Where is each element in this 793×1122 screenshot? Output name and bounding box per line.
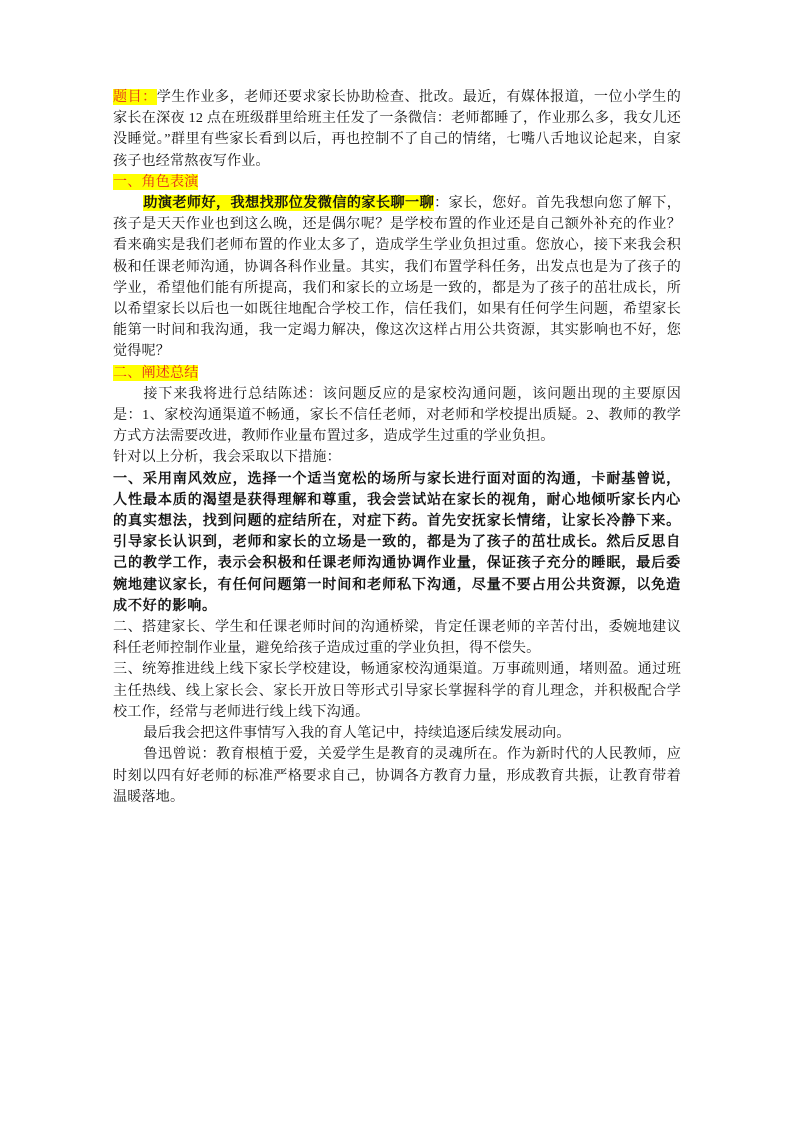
measure-3-text: 三、统筹推进线上线下家长学校建设，畅通家校沟通渠道。万事疏则通，堵则盈。通过班主… [113, 661, 681, 719]
section-2-heading-text: 二、阐述总结 [113, 365, 198, 381]
section-1-heading-text: 一、角色表演 [113, 174, 198, 190]
title-label: 题目： [113, 89, 157, 105]
measure-3-paragraph: 三、统筹推进线上线下家长学校建设，畅通家校沟通渠道。万事疏则通，堵则盈。通过班主… [113, 659, 681, 723]
measures-intro-text: 针对以上分析，我会采取以下措施： [113, 449, 341, 465]
measure-2-text: 二、搭建家长、学生和任课老师时间的沟通桥梁，肯定任课老师的辛苦付出，委婉地建议科… [113, 619, 681, 656]
closing-text: 鲁迅曾说：教育根植于爱，关爱学生是教育的灵魂所在。作为新时代的人民教师，应时刻以… [113, 746, 681, 804]
question-text: 学生作业多，老师还要求家长协助检查、批改。最近，有媒体报道，一位小学生的家长在深… [113, 89, 681, 169]
measure-2-paragraph: 二、搭建家长、学生和任课老师时间的沟通桥梁，肯定任课老师的辛苦付出，委婉地建议科… [113, 617, 681, 659]
measures-intro-paragraph: 针对以上分析，我会采取以下措施： [113, 447, 681, 468]
question-paragraph: 题目：学生作业多，老师还要求家长协助检查、批改。最近，有媒体报道，一位小学生的家… [113, 87, 681, 172]
role-play-paragraph: 助演老师好，我想找那位发微信的家长聊一聊：家长，您好。首先我想向您了解下，孩子是… [113, 193, 681, 363]
follow-up-text: 最后我会把这件事情写入我的育人笔记中，持续追逐后续发展动向。 [143, 725, 570, 741]
section-2-heading: 二、阐述总结 [113, 363, 681, 384]
follow-up-paragraph: 最后我会把这件事情写入我的育人笔记中，持续追逐后续发展动向。 [113, 723, 681, 744]
role-play-text: ：家长，您好。首先我想向您了解下，孩子是天天作业也到这么晚，还是偶尔呢？是学校布… [113, 195, 681, 359]
measure-1-text: 一、采用南风效应，选择一个适当宽松的场所与家长进行面对面的沟通，卡耐基曾说，人性… [113, 471, 681, 614]
closing-paragraph: 鲁迅曾说：教育根植于爱，关爱学生是教育的灵魂所在。作为新时代的人民教师，应时刻以… [113, 744, 681, 808]
section-1-heading: 一、角色表演 [113, 172, 681, 193]
summary-paragraph: 接下来我将进行总结陈述：该问题反应的是家校沟通问题，该问题出现的主要原因是：1、… [113, 384, 681, 448]
document-content: 题目：学生作业多，老师还要求家长协助检查、批改。最近，有媒体报道，一位小学生的家… [113, 87, 681, 808]
document-page: 题目：学生作业多，老师还要求家长协助检查、批改。最近，有媒体报道，一位小学生的家… [0, 0, 793, 1122]
role-play-lead-in: 助演老师好，我想找那位发微信的家长聊一聊 [143, 195, 434, 211]
measure-1-paragraph: 一、采用南风效应，选择一个适当宽松的场所与家长进行面对面的沟通，卡耐基曾说，人性… [113, 469, 681, 617]
summary-text: 接下来我将进行总结陈述：该问题反应的是家校沟通问题，该问题出现的主要原因是：1、… [113, 386, 681, 444]
